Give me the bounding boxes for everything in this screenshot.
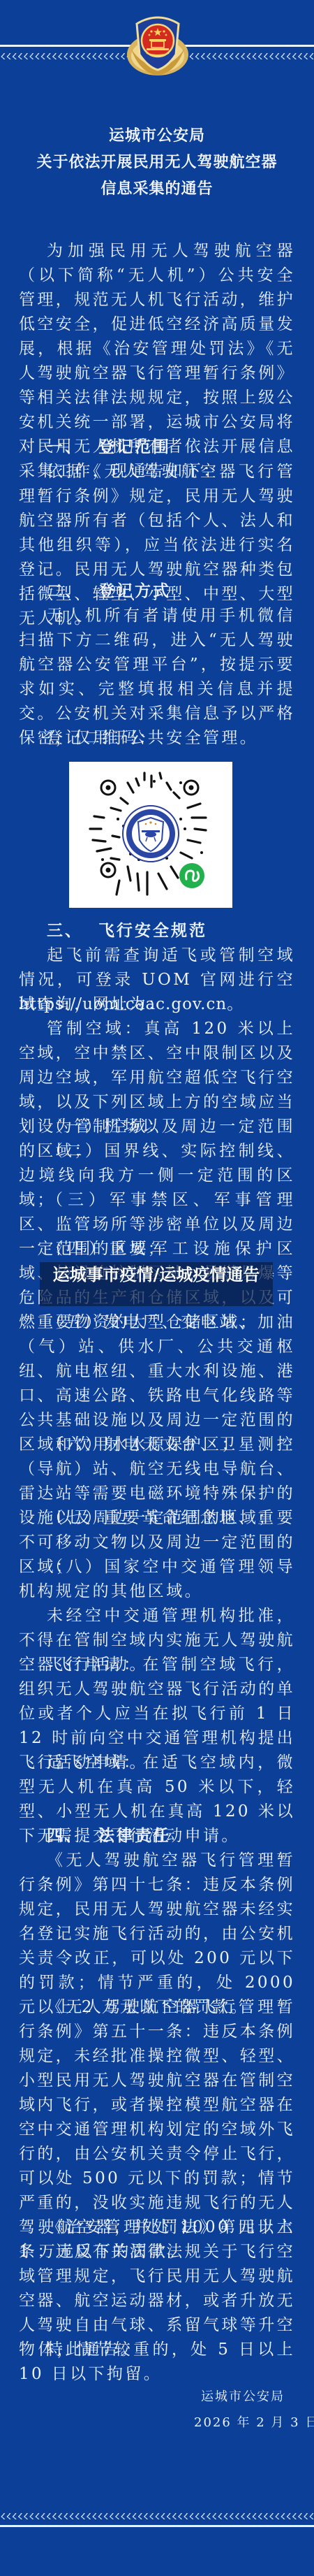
notice-title-line2: 信息采集的通告 [0, 180, 314, 198]
uom-url-link[interactable]: https://uom.caac.gov.cn。 [19, 992, 244, 1017]
section-heading-liability: 四、 法律责任 [47, 1824, 171, 1848]
liability-article-47: 《无人驾驶航空器飞行管理暂行条例》第四十七条：违反本条例规定，民用无人驾驶航空器… [19, 1848, 295, 2020]
section-heading-safety: 三、 飞行安全规范 [47, 919, 207, 943]
signature-org: 运城市公安局 [201, 2389, 285, 2405]
bottom-chevron-band [0, 2513, 314, 2519]
section-heading-scope: 一、 登记范围 [47, 435, 171, 460]
signature-date: 2026 年 2 月 3 日 [194, 2415, 314, 2431]
caption-overlay: 运城事市疫情/运城疫情通告 [40, 1262, 273, 1306]
qr-code-pattern [69, 762, 232, 908]
notice-title-line1: 关于依法开展民用无人驾驶航空器 [0, 154, 314, 172]
bottom-band-line [0, 2525, 314, 2527]
police-emblem-icon [126, 13, 190, 78]
issuer-title: 运城市公安局 [0, 127, 314, 145]
caption-overlay-text: 运城事市疫情/运城疫情通告 [40, 1264, 273, 1285]
section-heading-method: 二、 登记方式 [47, 579, 171, 604]
qr-code-label: 登记二维码： [47, 726, 157, 751]
controlled-item-8: （八）国家空中交通管理领导机构规定的其他区域。 [19, 1555, 295, 1604]
closing-statement: 特此通告。 [19, 2338, 295, 2362]
registration-qr-code[interactable] [69, 762, 232, 908]
